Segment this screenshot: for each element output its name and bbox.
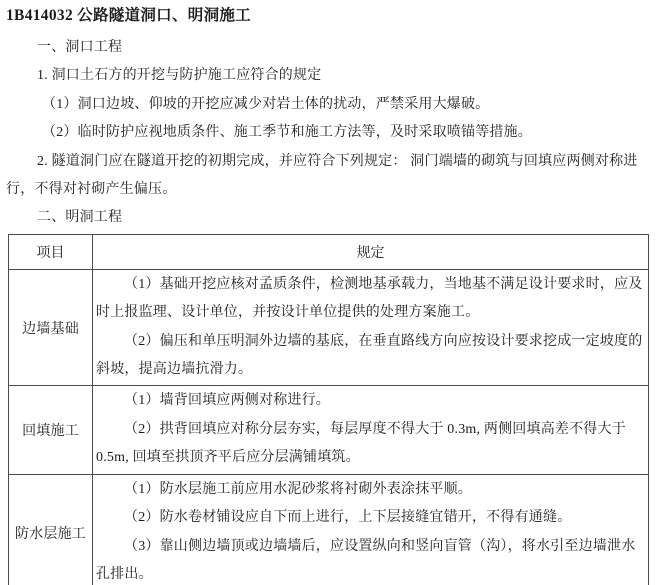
section-1-heading: 一、洞口工程 (6, 34, 654, 62)
table-header-row: 项目 规定 (9, 234, 649, 269)
regulation-paragraph: （1）基础开挖应核对孟质条件，检测地基承载力，当地基不满足设计要求时，应及时上报… (96, 271, 646, 328)
row-item-label: 防水层施工 (9, 474, 93, 585)
regulation-paragraph: （2）防水卷材铺设应自下而上进行，上下层接缝宜错开，不得有通缝。 (96, 504, 646, 532)
row-regulations-cell: （1）防水层施工前应用水泥砂浆将衬砌外表涂抹平顺。 （2）防水卷材铺设应自下而上… (93, 474, 649, 585)
regulation-paragraph: （3）靠山侧边墙顶或边墙墙后，应设置纵向和竖向盲管（沟），将水引至边墙泄水孔排出… (96, 533, 646, 585)
table-row-backfill: 回填施工 （1）墙背回填应两侧对称进行。 （2）拱背回填应对称分层夯实，每层厚度… (9, 386, 649, 474)
regulation-paragraph: （1）防水层施工前应用水泥砂浆将衬砌外表涂抹平顺。 (96, 476, 646, 504)
section-1-paragraph-1: 1. 洞口土石方的开挖与防护施工应符合的规定 (6, 62, 654, 90)
regulations-table: 项目 规定 边墙基础 （1）基础开挖应核对孟质条件，检测地基承载力，当地基不满足… (8, 234, 649, 585)
row-regulations-cell: （1）基础开挖应核对孟质条件，检测地基承载力，当地基不满足设计要求时，应及时上报… (93, 269, 649, 386)
document: 1B414032 公路隧道洞口、明洞施工 一、洞口工程 1. 洞口土石方的开挖与… (0, 0, 662, 585)
regulation-paragraph: （2）偏压和单压明洞外边墙的基底，在垂直路线方向应按设计要求挖成一定坡度的斜坡，… (96, 328, 646, 385)
table-row-sidewall-foundation: 边墙基础 （1）基础开挖应核对孟质条件，检测地基承载力，当地基不满足设计要求时，… (9, 269, 649, 386)
table-header-item: 项目 (9, 234, 93, 269)
row-item-label: 回填施工 (9, 386, 93, 474)
table-header-regulation: 规定 (93, 234, 649, 269)
row-item-label: 边墙基础 (9, 269, 93, 386)
document-title: 1B414032 公路隧道洞口、明洞施工 (6, 4, 654, 28)
section-1-paragraph-3: （2）临时防护应视地质条件、施工季节和施工方法等，及时采取喷锚等措施。 (6, 119, 654, 147)
section-2-heading: 二、明洞工程 (6, 204, 654, 232)
regulation-paragraph: （2）拱背回填应对称分层夯实，每层厚度不得大于 0.3m, 两侧回填高差不得大于… (96, 416, 646, 473)
section-1-paragraph-4: 2. 隧道洞门应在隧道开挖的初期完成，并应符合下列规定： 洞门端墙的砌筑与回填应… (6, 148, 654, 205)
section-1-paragraph-2: （1）洞口边坡、仰坡的开挖应减少对岩土体的扰动，严禁采用大爆破。 (6, 91, 654, 119)
regulation-paragraph: （1）墙背回填应两侧对称进行。 (96, 387, 646, 415)
table-row-waterproof-layer: 防水层施工 （1）防水层施工前应用水泥砂浆将衬砌外表涂抹平顺。 （2）防水卷材铺… (9, 474, 649, 585)
row-regulations-cell: （1）墙背回填应两侧对称进行。 （2）拱背回填应对称分层夯实，每层厚度不得大于 … (93, 386, 649, 474)
